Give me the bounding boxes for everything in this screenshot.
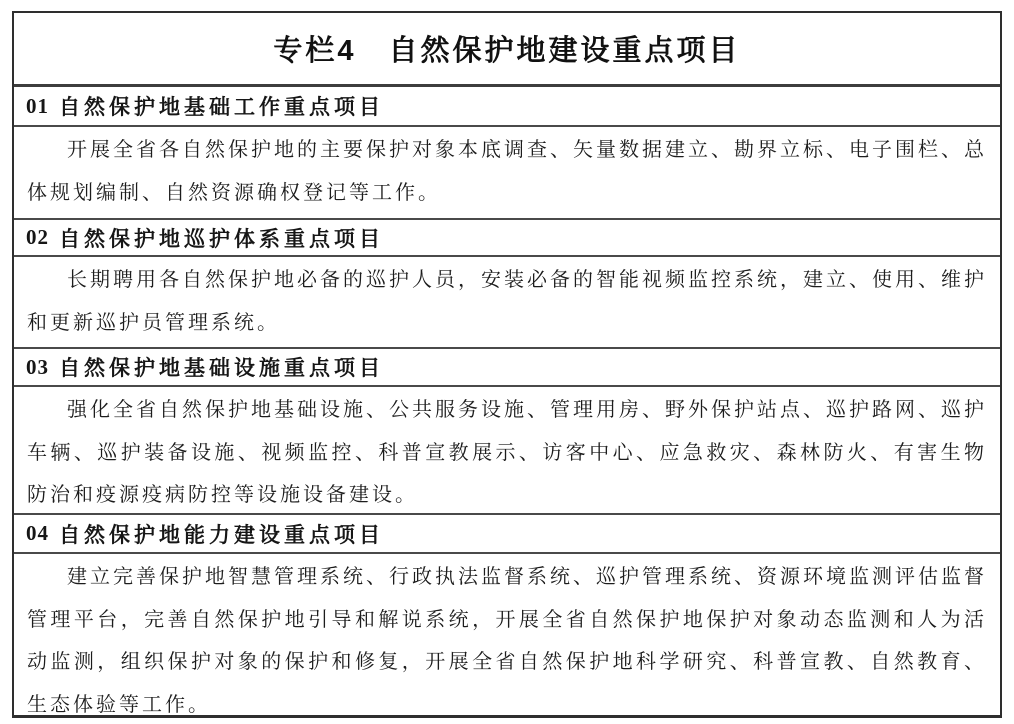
section-02-body: 长期聘用各自然保护地必备的巡护人员，安装必备的智能视频监控系统，建立、使用、维护…	[14, 257, 1000, 349]
section-03-number: 03	[26, 355, 49, 380]
section-03-paragraph: 强化全省自然保护地基础设施、公共服务设施、管理用房、野外保护站点、巡护路网、巡护…	[27, 389, 987, 515]
section-04-header: 04 自然保护地能力建设重点项目	[14, 515, 1000, 554]
section-01-number: 01	[26, 94, 49, 119]
section-04-heading: 自然保护地能力建设重点项目	[59, 519, 384, 549]
section-01-body: 开展全省各自然保护地的主要保护对象本底调查、矢量数据建立、勘界立标、电子围栏、总…	[14, 127, 1000, 220]
document-page: 专栏4 自然保护地建设重点项目 01 自然保护地基础工作重点项目 开展全省各自然…	[0, 0, 1014, 724]
section-03-body: 强化全省自然保护地基础设施、公共服务设施、管理用房、野外保护站点、巡护路网、巡护…	[14, 387, 1000, 515]
section-01-header: 01 自然保护地基础工作重点项目	[14, 87, 1000, 127]
section-02-paragraph: 长期聘用各自然保护地必备的巡护人员，安装必备的智能视频监控系统，建立、使用、维护…	[27, 259, 987, 344]
box-title-row: 专栏4 自然保护地建设重点项目	[14, 13, 1000, 87]
section-04-number: 04	[26, 521, 49, 546]
section-01-paragraph: 开展全省各自然保护地的主要保护对象本底调查、矢量数据建立、勘界立标、电子围栏、总…	[27, 129, 987, 214]
project-box-table: 专栏4 自然保护地建设重点项目 01 自然保护地基础工作重点项目 开展全省各自然…	[12, 11, 1002, 718]
section-03-heading: 自然保护地基础设施重点项目	[59, 352, 384, 382]
section-01-heading: 自然保护地基础工作重点项目	[59, 91, 384, 121]
section-02-heading: 自然保护地巡护体系重点项目	[59, 223, 384, 253]
section-04-body: 建立完善保护地智慧管理系统、行政执法监督系统、巡护管理系统、资源环境监测评估监督…	[14, 554, 1000, 715]
box-title: 专栏4 自然保护地建设重点项目	[273, 28, 740, 69]
section-03-header: 03 自然保护地基础设施重点项目	[14, 349, 1000, 387]
section-04-paragraph: 建立完善保护地智慧管理系统、行政执法监督系统、巡护管理系统、资源环境监测评估监督…	[27, 556, 987, 715]
section-02-header: 02 自然保护地巡护体系重点项目	[14, 220, 1000, 257]
section-02-number: 02	[26, 225, 49, 250]
